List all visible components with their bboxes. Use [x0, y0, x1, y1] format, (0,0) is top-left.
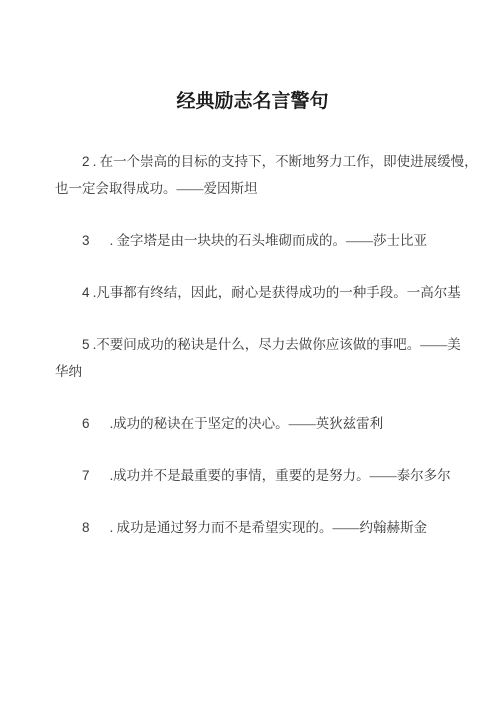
quote-text: 不要问成功的秘诀是什么，尽力去做你应该做的事吧。——美: [96, 337, 461, 352]
quote-separator: .: [90, 233, 117, 248]
quote-text: 在一个崇高的目标的支持下，不断地努力工作，即使进展缓慢，: [100, 154, 478, 169]
quote-line: 3 . 金字塔是由一块块的石头堆砌而成的。——莎士比亚: [55, 227, 450, 254]
quote-line: 6 .成功的秘诀在于坚定的决心。——英狄兹雷利: [55, 410, 450, 437]
quote-item-6: 6 .成功的秘诀在于坚定的决心。——英狄兹雷利: [55, 410, 450, 437]
page-title: 经典励志名言警句: [55, 88, 450, 116]
quote-number: 6: [82, 416, 90, 431]
quote-line: 4 .凡事都有终结，因此，耐心是获得成功的一种手段。一高尔基: [55, 279, 450, 306]
quote-number: 3: [82, 233, 90, 248]
quote-number: 8: [82, 520, 90, 535]
quote-item-2: 2 . 在一个崇高的目标的支持下，不断地努力工作，即使进展缓慢， 也一定会取得成…: [55, 148, 450, 202]
quote-number: 2: [82, 154, 90, 169]
quote-item-7: 7 .成功并不是最重要的事情，重要的是努力。——泰尔多尔: [55, 462, 450, 489]
quote-number: 5: [82, 337, 90, 352]
quote-text: 成功是通过努力而不是希望实现的。——约翰赫斯金: [117, 520, 428, 535]
quote-number: 4: [82, 285, 90, 300]
quote-text: 凡事都有终结，因此，耐心是获得成功的一种手段。一高尔基: [96, 285, 461, 300]
quote-item-8: 8 . 成功是通过努力而不是希望实现的。——约翰赫斯金: [55, 514, 450, 541]
quote-item-5: 5 .不要问成功的秘诀是什么，尽力去做你应该做的事吧。——美 华纳: [55, 331, 450, 385]
quote-line: 2 . 在一个崇高的目标的支持下，不断地努力工作，即使进展缓慢，: [55, 148, 450, 175]
quote-item-3: 3 . 金字塔是由一块块的石头堆砌而成的。——莎士比亚: [55, 227, 450, 254]
document-page: 经典励志名言警句 2 . 在一个崇高的目标的支持下，不断地努力工作，即使进展缓慢…: [0, 0, 500, 707]
quote-separator: .: [90, 520, 117, 535]
quote-line: 华纳: [55, 358, 450, 385]
quote-number: 7: [82, 468, 90, 483]
quote-text: 成功的秘诀在于坚定的决心。——英狄兹雷利: [113, 416, 383, 431]
quote-list: 2 . 在一个崇高的目标的支持下，不断地努力工作，即使进展缓慢， 也一定会取得成…: [55, 148, 450, 541]
quote-line: 8 . 成功是通过努力而不是希望实现的。——约翰赫斯金: [55, 514, 450, 541]
quote-text: 金字塔是由一块块的石头堆砌而成的。——莎士比亚: [117, 233, 428, 248]
quote-line: 5 .不要问成功的秘诀是什么，尽力去做你应该做的事吧。——美: [55, 331, 450, 358]
quote-separator: .: [90, 416, 114, 431]
quote-separator: .: [90, 154, 100, 169]
quote-separator: .: [90, 468, 114, 483]
quote-line: 7 .成功并不是最重要的事情，重要的是努力。——泰尔多尔: [55, 462, 450, 489]
quote-line: 也一定会取得成功。——爱因斯坦: [55, 175, 450, 202]
quote-text: 成功并不是最重要的事情，重要的是努力。——泰尔多尔: [113, 468, 451, 483]
quote-item-4: 4 .凡事都有终结，因此，耐心是获得成功的一种手段。一高尔基: [55, 279, 450, 306]
